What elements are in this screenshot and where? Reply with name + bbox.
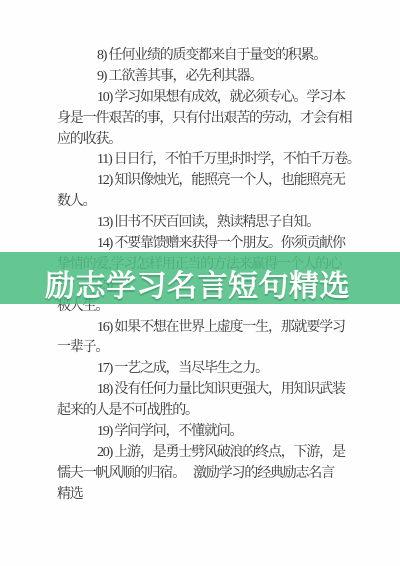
text-line: 13) 旧书不厌百回读，熟读精思子自知。 — [57, 213, 355, 234]
text-line: 17) 一艺之成，当尽毕生之力。 — [57, 359, 355, 380]
text-line: 一辈子。 — [57, 338, 355, 359]
text-line: 8) 任何业绩的质变都来自于量变的积累。 — [57, 46, 355, 67]
text-line: 10) 学习如果想有成效，就必须专心。学习本 — [57, 88, 355, 109]
text-line: 数人。 — [57, 192, 355, 213]
text-line: 20) 上游，是勇士劈风破浪的终点，下游，是 — [57, 443, 355, 464]
text-line: 11) 日日行，不怕千万里;时时学，不怕千万卷。 — [57, 150, 355, 171]
text-line: 16) 如果不想在世界上虚度一生，那就要学习 — [57, 318, 355, 339]
document-page: 8) 任何业绩的质变都来自于量变的积累。9) 工欲善其事，必先利其器。10) 学… — [0, 0, 400, 566]
text-line: 应的收获。 — [57, 130, 355, 151]
banner-title: 励志学习名言短句精选 — [45, 261, 350, 305]
text-line: 9) 工欲善其事，必先利其器。 — [57, 67, 355, 88]
text-line: 18) 没有任何力量比知识更强大，用知识武装 — [57, 380, 355, 401]
text-line: 精选 — [57, 485, 355, 506]
text-line: 身是一件艰苦的事，只有付出艰苦的劳动，才会有相 — [57, 109, 355, 130]
text-line: 起来的人是不可战胜的。 — [57, 401, 355, 422]
title-banner: 励志学习名言短句精选 — [0, 252, 400, 304]
text-line: 12) 知识像烛光，能照亮一个人，也能照亮无 — [57, 171, 355, 192]
text-line: 懦夫一帆风顺的归宿。 激励学习的经典励志名言 — [57, 464, 355, 485]
text-line: 19) 学问学问，不懂就问。 — [57, 422, 355, 443]
